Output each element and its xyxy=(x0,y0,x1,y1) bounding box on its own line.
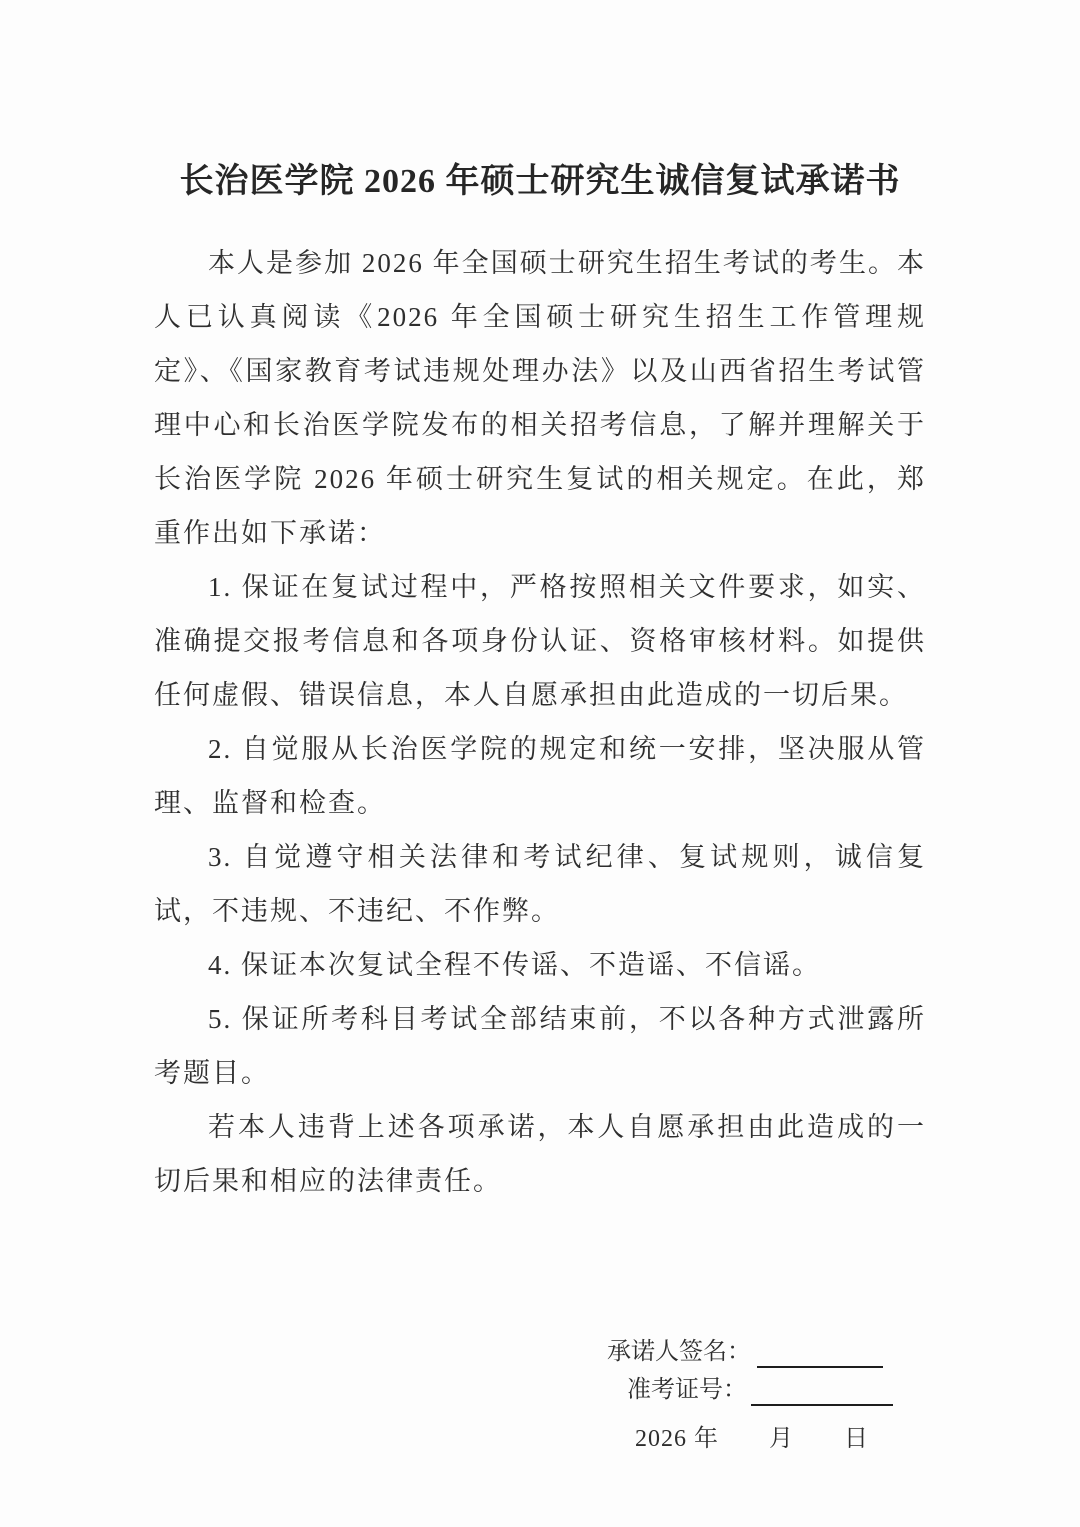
intro-paragraph: 本人是参加 2026 年全国硕士研究生招生考试的考生。本人已认真阅读《2026 … xyxy=(154,236,926,560)
promise-item-3: 3. 自觉遵守相关法律和考试纪律、复试规则，诚信复试，不违规、不违纪、不作弊。 xyxy=(154,830,926,938)
signer-row: 承诺人签名： xyxy=(607,1330,897,1368)
promise-item-5: 5. 保证所考科目考试全部结束前，不以各种方式泄露所考题目。 xyxy=(154,992,926,1100)
signature-block: 承诺人签名： 准考证号： 2026 年 月 日 xyxy=(607,1330,897,1456)
signer-signature-line xyxy=(757,1338,883,1368)
promise-item-4: 4. 保证本次复试全程不传谣、不造谣、不信谣。 xyxy=(154,938,926,992)
date-line: 2026 年 月 日 xyxy=(607,1422,897,1456)
ticket-number-line xyxy=(751,1376,893,1406)
closing-paragraph: 若本人违背上述各项承诺，本人自愿承担由此造成的一切后果和相应的法律责任。 xyxy=(154,1100,926,1208)
document-body: 本人是参加 2026 年全国硕士研究生招生考试的考生。本人已认真阅读《2026 … xyxy=(154,236,926,1208)
ticket-number-label: 准考证号： xyxy=(607,1374,747,1406)
ticket-row: 准考证号： xyxy=(607,1368,897,1406)
document-page: 长治医学院 2026 年硕士研究生诚信复试承诺书 本人是参加 2026 年全国硕… xyxy=(0,0,1080,1527)
promise-item-2: 2. 自觉服从长治医学院的规定和统一安排，坚决服从管理、监督和检查。 xyxy=(154,722,926,830)
signer-label: 承诺人签名： xyxy=(607,1336,747,1368)
document-title: 长治医学院 2026 年硕士研究生诚信复试承诺书 xyxy=(0,160,1080,204)
promise-item-1: 1. 保证在复试过程中，严格按照相关文件要求，如实、准确提交报考信息和各项身份认… xyxy=(154,560,926,722)
